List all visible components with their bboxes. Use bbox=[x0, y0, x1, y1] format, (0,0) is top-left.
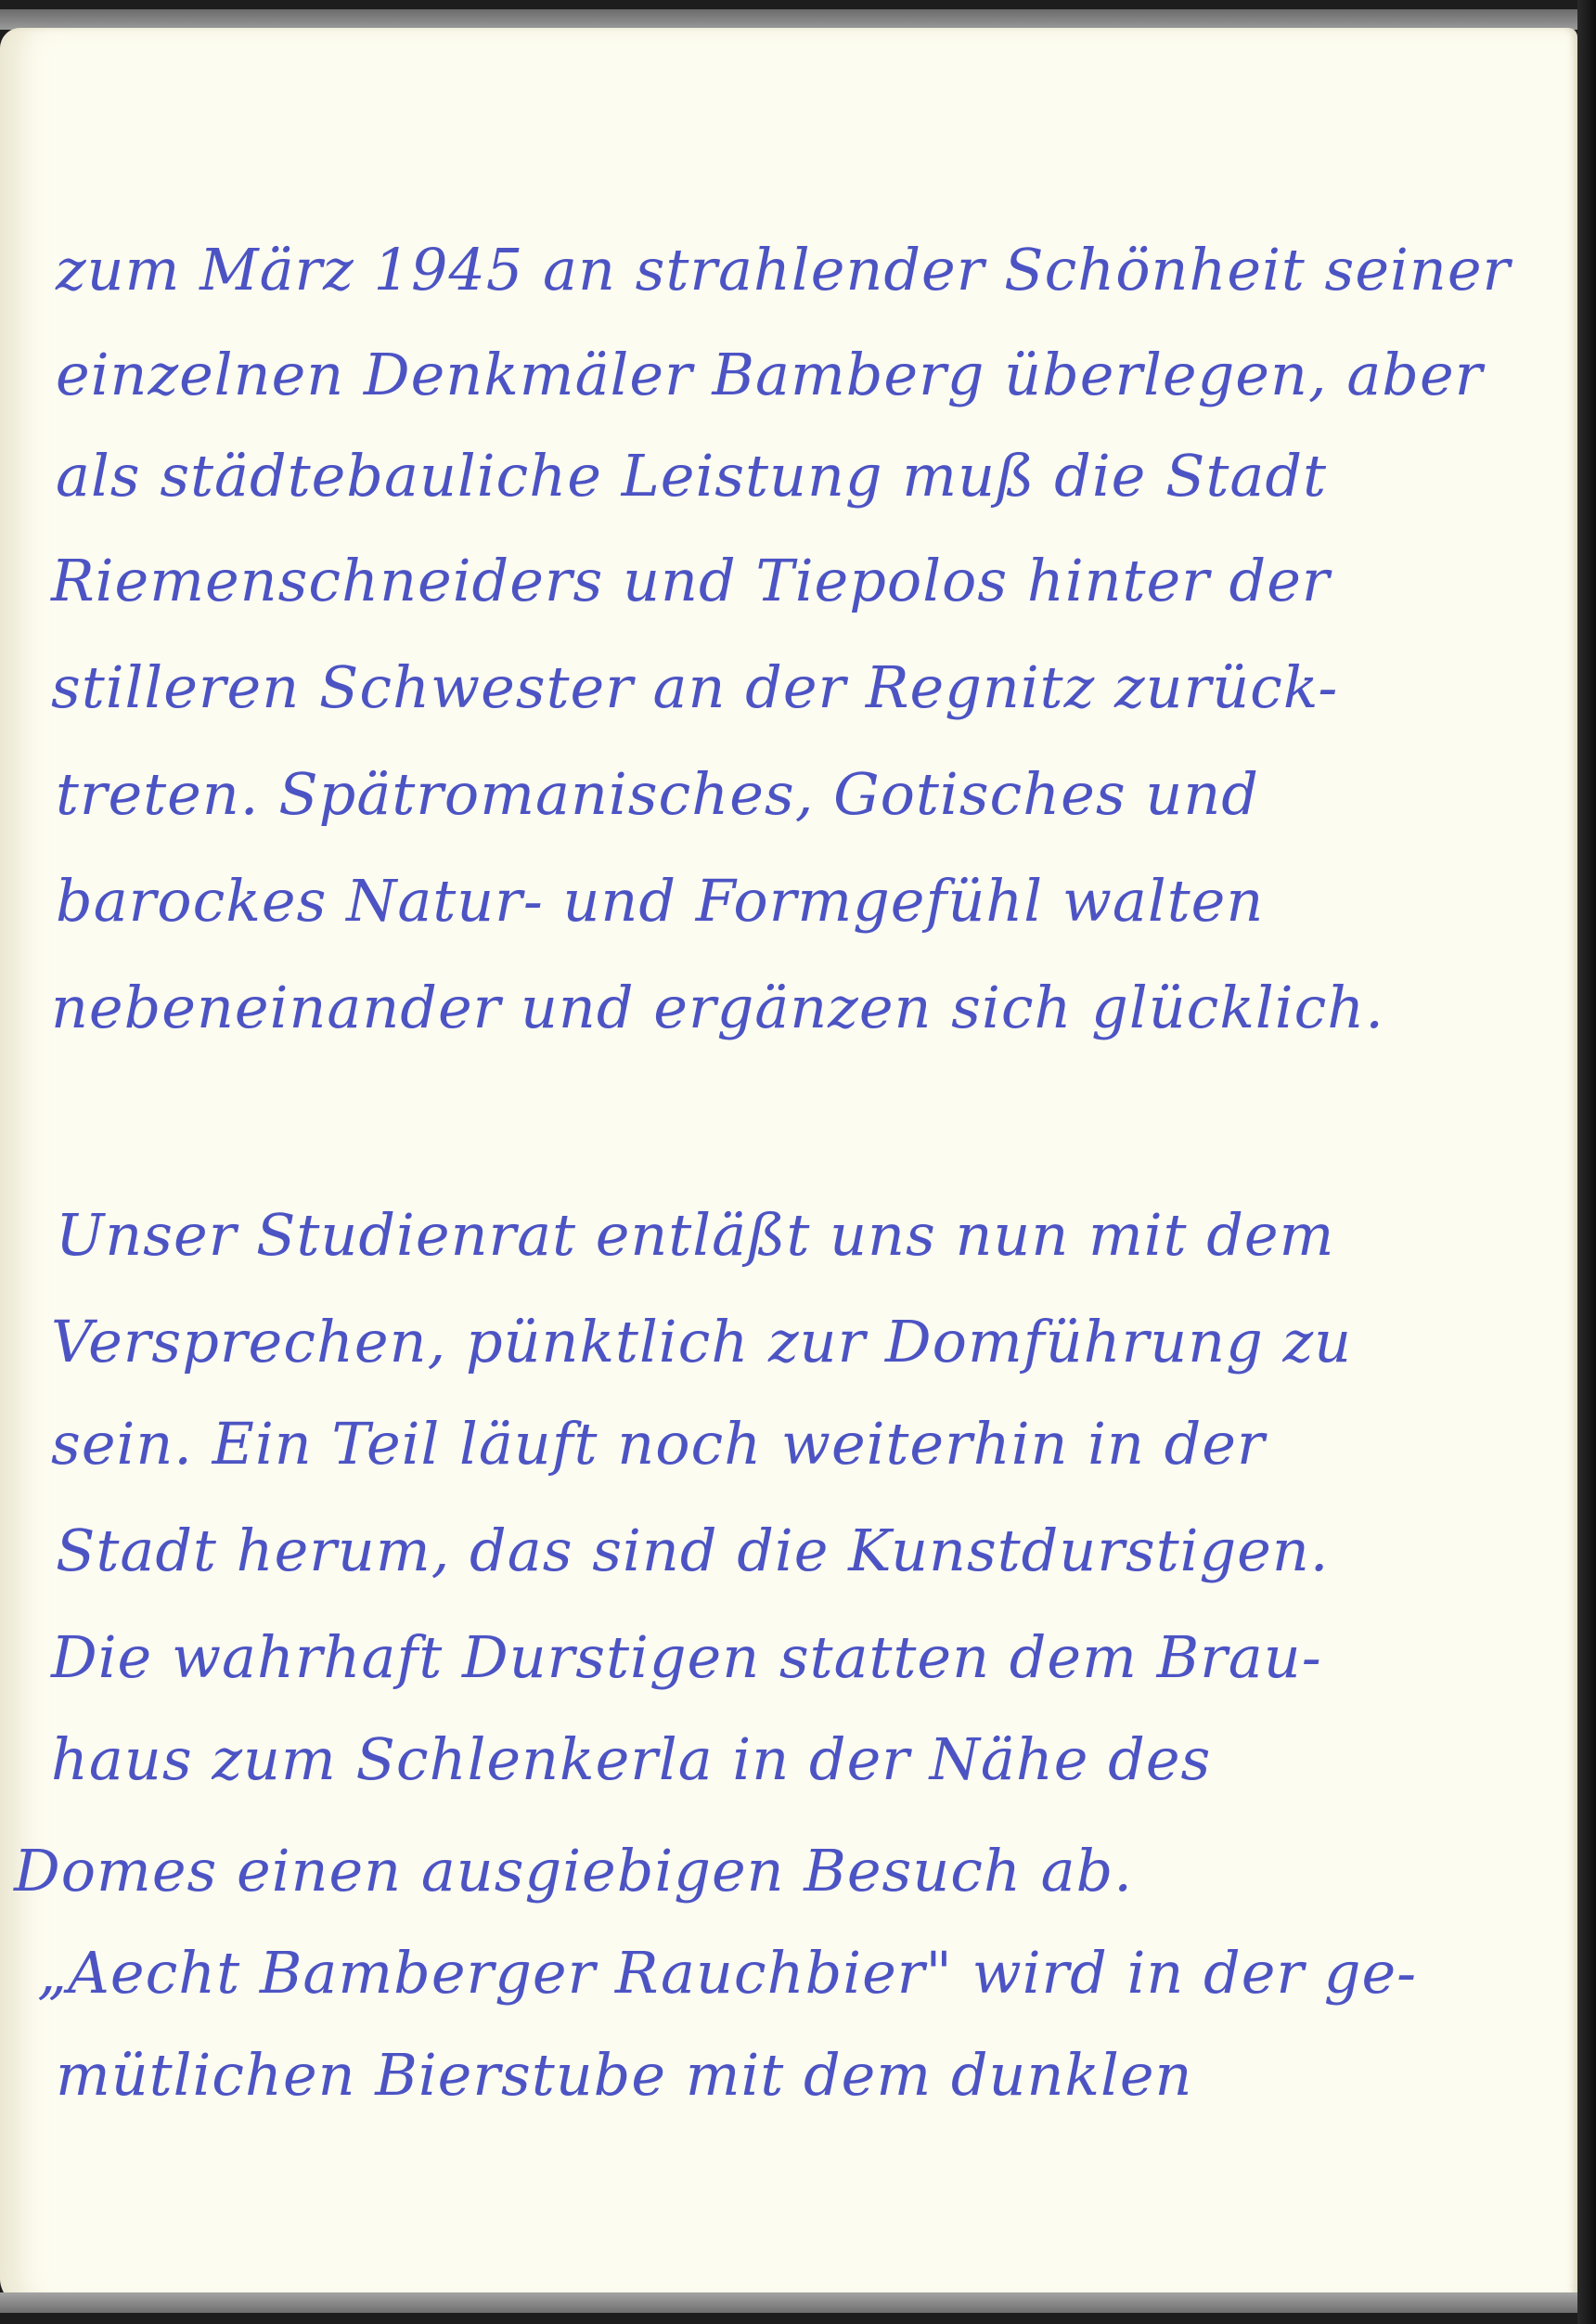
text-line: Domes einen ausgiebigen Besuch ab. bbox=[14, 1842, 1133, 1900]
text-line: treten. Spätromanisches, Gotisches und bbox=[56, 766, 1259, 823]
text-line: Versprechen, pünktlich zur Domführung zu bbox=[51, 1313, 1352, 1371]
notebook-page: zum März 1945 an strahlender Schönheit s… bbox=[0, 28, 1577, 2306]
text-line: nebeneinander und ergänzen sich glücklic… bbox=[51, 979, 1384, 1037]
scanner-border-top bbox=[0, 9, 1577, 30]
text-line: Stadt herum, das sind die Kunstdurstigen… bbox=[56, 1522, 1330, 1580]
text-line: Riemenschneiders und Tiepolos hinter der bbox=[51, 552, 1331, 610]
page-edge-shadow bbox=[1577, 0, 1596, 2324]
text-line: barockes Natur- und Formgefühl walten bbox=[56, 872, 1264, 930]
text-line: einzelnen Denkmäler Bamberg überlegen, a… bbox=[56, 346, 1483, 404]
text-line: als städtebauliche Leistung muß die Stad… bbox=[56, 447, 1327, 505]
text-line: zum März 1945 an strahlender Schönheit s… bbox=[56, 241, 1511, 299]
text-line: „Aecht Bamberger Rauchbier" wird in der … bbox=[37, 1944, 1417, 2002]
scanner-border-bottom bbox=[0, 2292, 1577, 2313]
text-line: stilleren Schwester an der Regnitz zurüc… bbox=[51, 659, 1338, 717]
text-line: Unser Studienrat entläßt uns nun mit dem bbox=[56, 1207, 1334, 1264]
text-line: mütlichen Bierstube mit dem dunklen bbox=[56, 2046, 1192, 2104]
text-line: sein. Ein Teil läuft noch weiterhin in d… bbox=[51, 1415, 1266, 1473]
text-line: haus zum Schlenkerla in der Nähe des bbox=[51, 1731, 1211, 1788]
text-line: Die wahrhaft Durstigen statten dem Brau- bbox=[51, 1629, 1322, 1686]
